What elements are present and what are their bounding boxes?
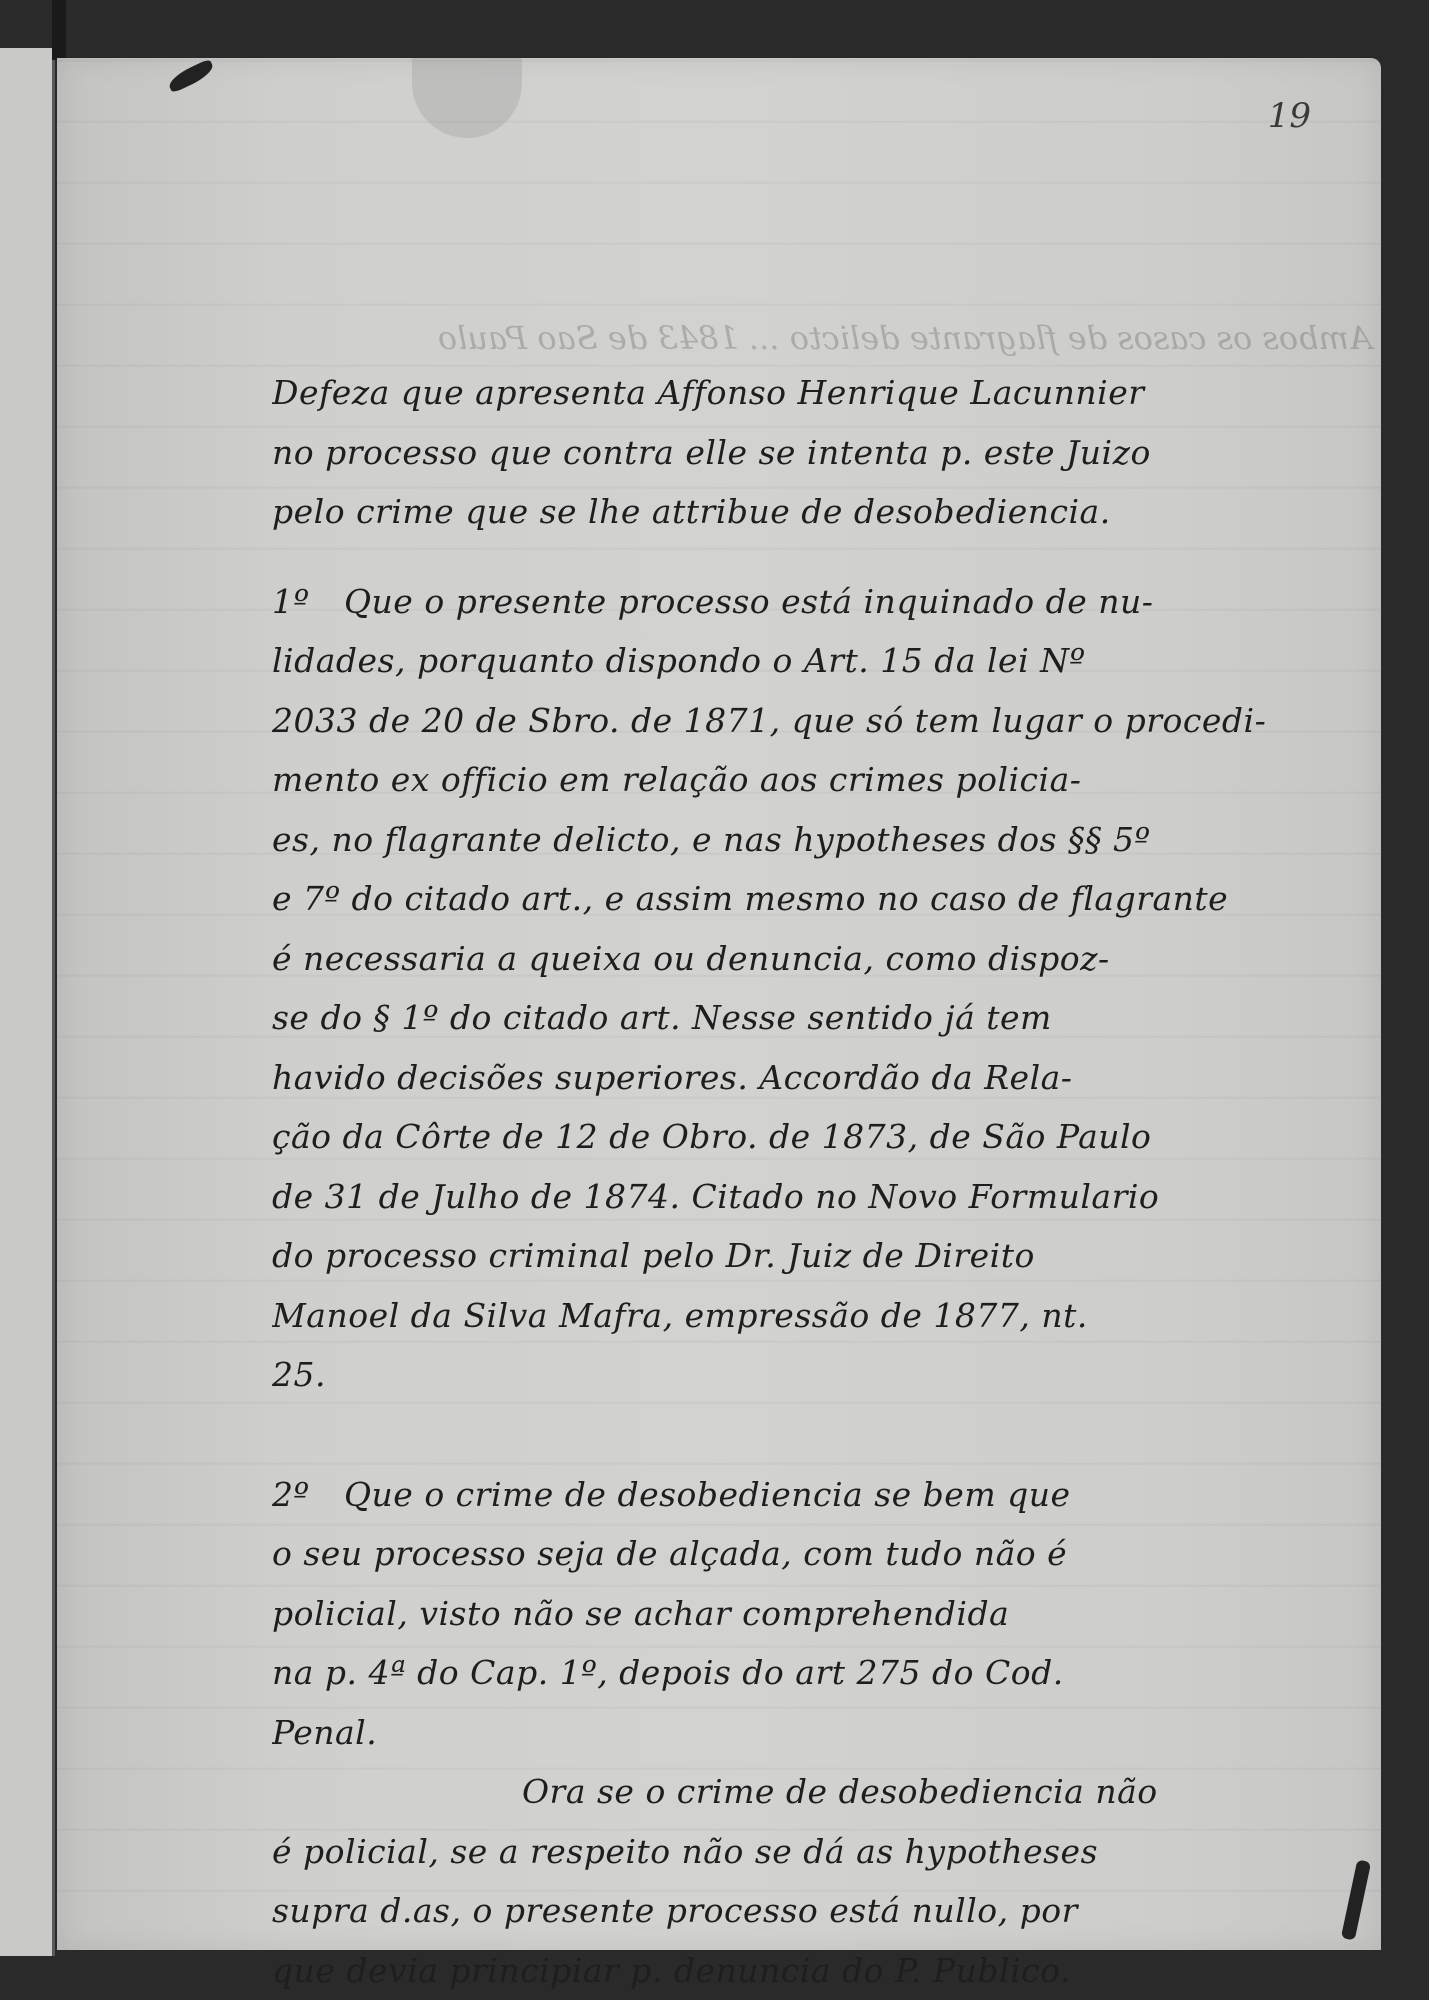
text-line: es, no flagrante delicto, e nas hypothes… [272, 810, 1382, 870]
text-line: é policial, se a respeito não se dá as h… [272, 1822, 1382, 1882]
text-line: 2ºQue o crime de desobediencia se bem qu… [272, 1465, 1382, 1525]
text-line: supra d.as, o presente processo está nul… [272, 1881, 1382, 1941]
adjacent-page-edge [0, 48, 55, 1956]
bleed-through-text: Ambos os casos de flagrante delicto ... … [272, 313, 1372, 363]
text-line: é necessaria a queixa ou denuncia, como … [272, 929, 1382, 989]
text-line: e 7º do citado art., e assim mesmo no ca… [272, 869, 1382, 929]
text-line: havido decisões superiores. Accordão da … [272, 1048, 1382, 1108]
text-line: ção da Côrte de 12 de Obro. de 1873, de … [272, 1107, 1382, 1167]
paragraph-number: 1º [272, 572, 344, 632]
text-line: 2033 de 20 de Sbro. de 1871, que só tem … [272, 691, 1382, 751]
water-stain [412, 58, 522, 138]
text-line: lidades, porquanto dispondo o Art. 15 da… [272, 631, 1382, 691]
paragraph-3: Ora se o crime de desobediencia não é po… [272, 1762, 1382, 2000]
text-line: na p. 4ª do Cap. 1º, depois do art 275 d… [272, 1643, 1382, 1703]
text-line: 1ºQue o presente processo está inquinado… [272, 572, 1382, 632]
text-line: 25. [272, 1345, 1382, 1405]
text-line: policial, visto não se achar comprehendi… [272, 1584, 1382, 1644]
handwritten-body: Defeza que apresenta Affonso Henrique La… [272, 363, 1382, 2000]
heading-line: no processo que contra elle se intenta p… [272, 423, 1382, 483]
text-line: Ora se o crime de desobediencia não [272, 1762, 1382, 1822]
text-line: do processo criminal pelo Dr. Juiz de Di… [272, 1226, 1382, 1286]
page-number: 19 [1268, 96, 1311, 136]
text-line: que devia principiar p. denuncia do P. P… [272, 1941, 1382, 2000]
manuscript-page: 19 Ambos os casos de flagrante delicto .… [57, 58, 1381, 1950]
text-line: Penal. [272, 1703, 1382, 1763]
paragraph-2: 2ºQue o crime de desobediencia se bem qu… [272, 1465, 1382, 1763]
binding-gutter [52, 0, 66, 60]
heading-line: pelo crime que se lhe attribue de desobe… [272, 482, 1382, 542]
text-line: mento ex officio em relação aos crimes p… [272, 750, 1382, 810]
text-line: Manoel da Silva Mafra, empressão de 1877… [272, 1286, 1382, 1346]
defense-heading: Defeza que apresenta Affonso Henrique La… [272, 363, 1382, 542]
scanned-manuscript-page: 19 Ambos os casos de flagrante delicto .… [0, 0, 1429, 2000]
ink-blot-icon [166, 59, 216, 94]
paragraph-number: 2º [272, 1465, 344, 1525]
text-line: o seu processo seja de alçada, com tudo … [272, 1524, 1382, 1584]
text-line: de 31 de Julho de 1874. Citado no Novo F… [272, 1167, 1382, 1227]
heading-line: Defeza que apresenta Affonso Henrique La… [272, 363, 1382, 423]
paragraph-1: 1ºQue o presente processo está inquinado… [272, 572, 1382, 1405]
text-line: se do § 1º do citado art. Nesse sentido … [272, 988, 1382, 1048]
